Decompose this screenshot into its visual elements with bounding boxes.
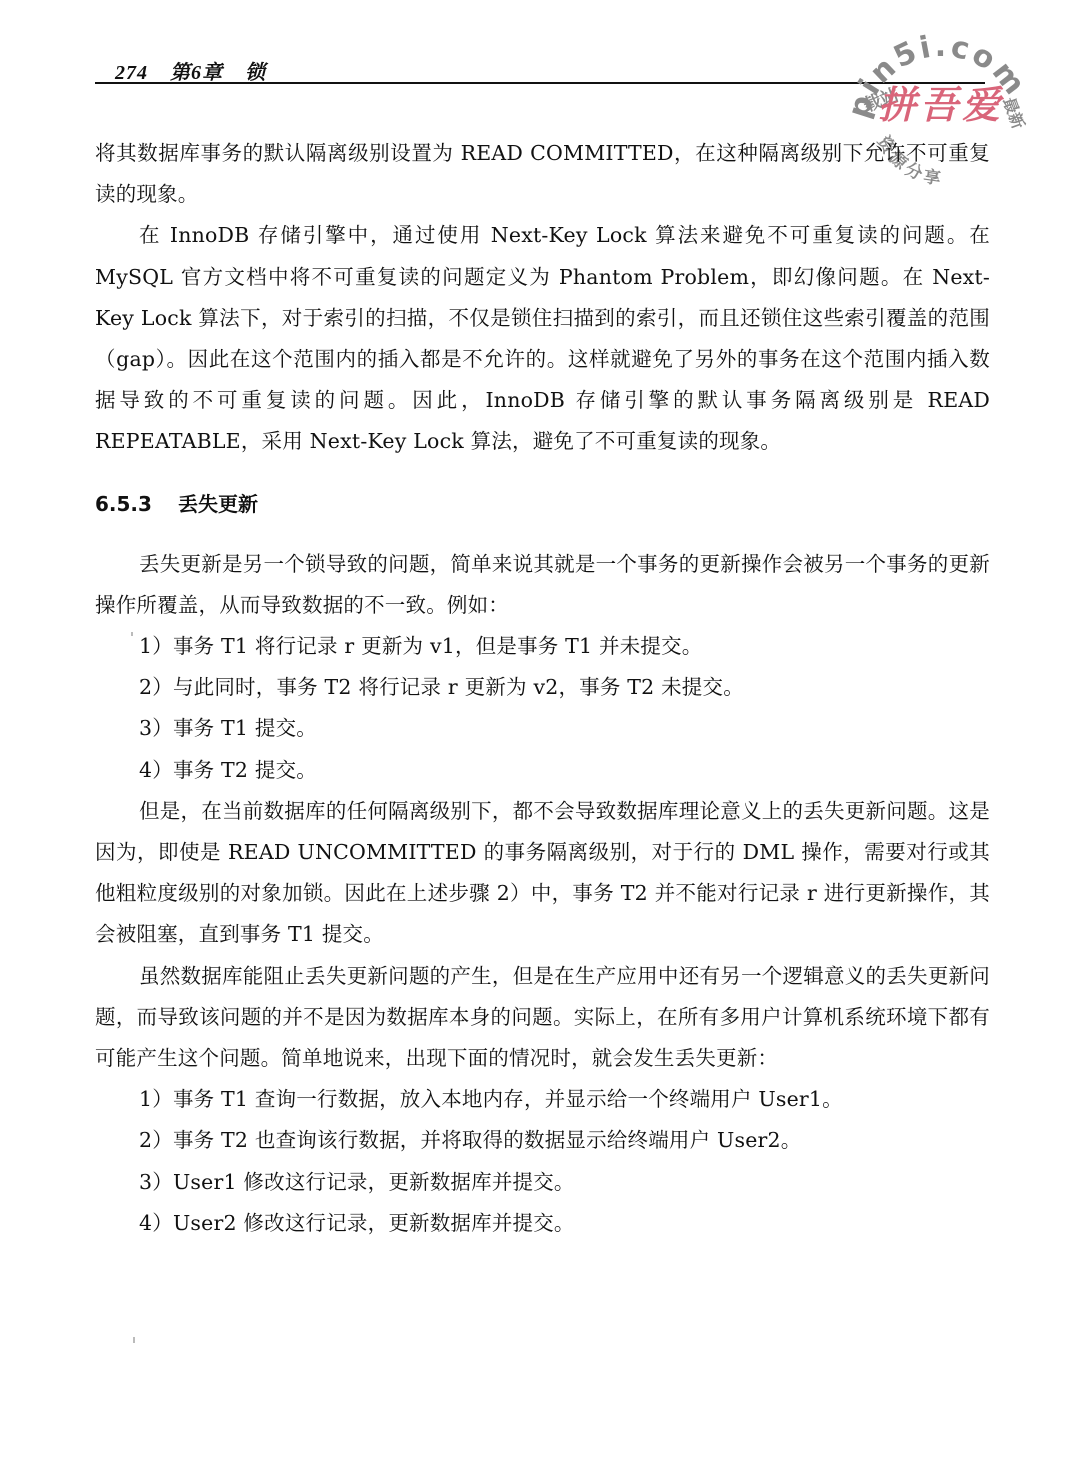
list-item: 1）事务 T1 将行记录 r 更新为 v1，但是事务 T1 并未提交。: [95, 626, 990, 667]
page-body: 将其数据库事务的默认隔离级别设置为 READ COMMITTED，在这种隔离级别…: [95, 133, 990, 1244]
svg-text:拼吾爱: 拼吾爱: [878, 82, 1005, 127]
list-item: 4）事务 T2 提交。: [95, 750, 990, 791]
paragraph-logical-lost-update: 虽然数据库能阻止丢失更新问题的产生，但是在生产应用中还有另一个逻辑意义的丢失更新…: [95, 956, 990, 1080]
paragraph-innodb-next-key-lock: 在 InnoDB 存储引擎中，通过使用 Next-Key Lock 算法来避免不…: [95, 215, 990, 462]
scan-artifact: [133, 1337, 135, 1343]
page-header: 274第6章锁: [95, 54, 985, 84]
list-item: 3）事务 T1 提交。: [95, 708, 990, 749]
header-rule: [95, 82, 985, 84]
list-item: 1）事务 T1 查询一行数据，放入本地内存，并显示给一个终端用户 User1。: [95, 1079, 990, 1120]
section-heading: 6.5.3丢失更新: [95, 489, 990, 519]
page-number: 274: [115, 62, 148, 84]
section-number: 6.5.3: [95, 492, 152, 516]
list-item: 2）与此同时，事务 T2 将行记录 r 更新为 v2，事务 T2 未提交。: [95, 667, 990, 708]
list-item: 2）事务 T2 也查询该行数据，并将取得的数据显示给终端用户 User2。: [95, 1120, 990, 1161]
list-item: 4）User2 修改这行记录，更新数据库并提交。: [95, 1203, 990, 1244]
svg-text:最新: 最新: [999, 95, 1028, 132]
section-title: 丢失更新: [178, 492, 258, 516]
running-head: 274第6章锁: [115, 56, 288, 85]
chapter-number: 第6章: [170, 62, 223, 84]
scan-artifact: [131, 632, 133, 636]
chapter-title: 锁: [245, 62, 266, 84]
list-item: 3）User1 修改这行记录，更新数据库并提交。: [95, 1162, 990, 1203]
paragraph-isolation-explanation: 但是，在当前数据库的任何隔离级别下，都不会导致数据库理论意义上的丢失更新问题。这…: [95, 791, 990, 956]
paragraph-lost-update-intro: 丢失更新是另一个锁导致的问题，简单来说其就是一个事务的更新操作会被另一个事务的更…: [95, 544, 990, 626]
paragraph-continued: 将其数据库事务的默认隔离级别设置为 READ COMMITTED，在这种隔离级别…: [95, 133, 990, 215]
svg-text:载站: 载站: [860, 84, 901, 117]
